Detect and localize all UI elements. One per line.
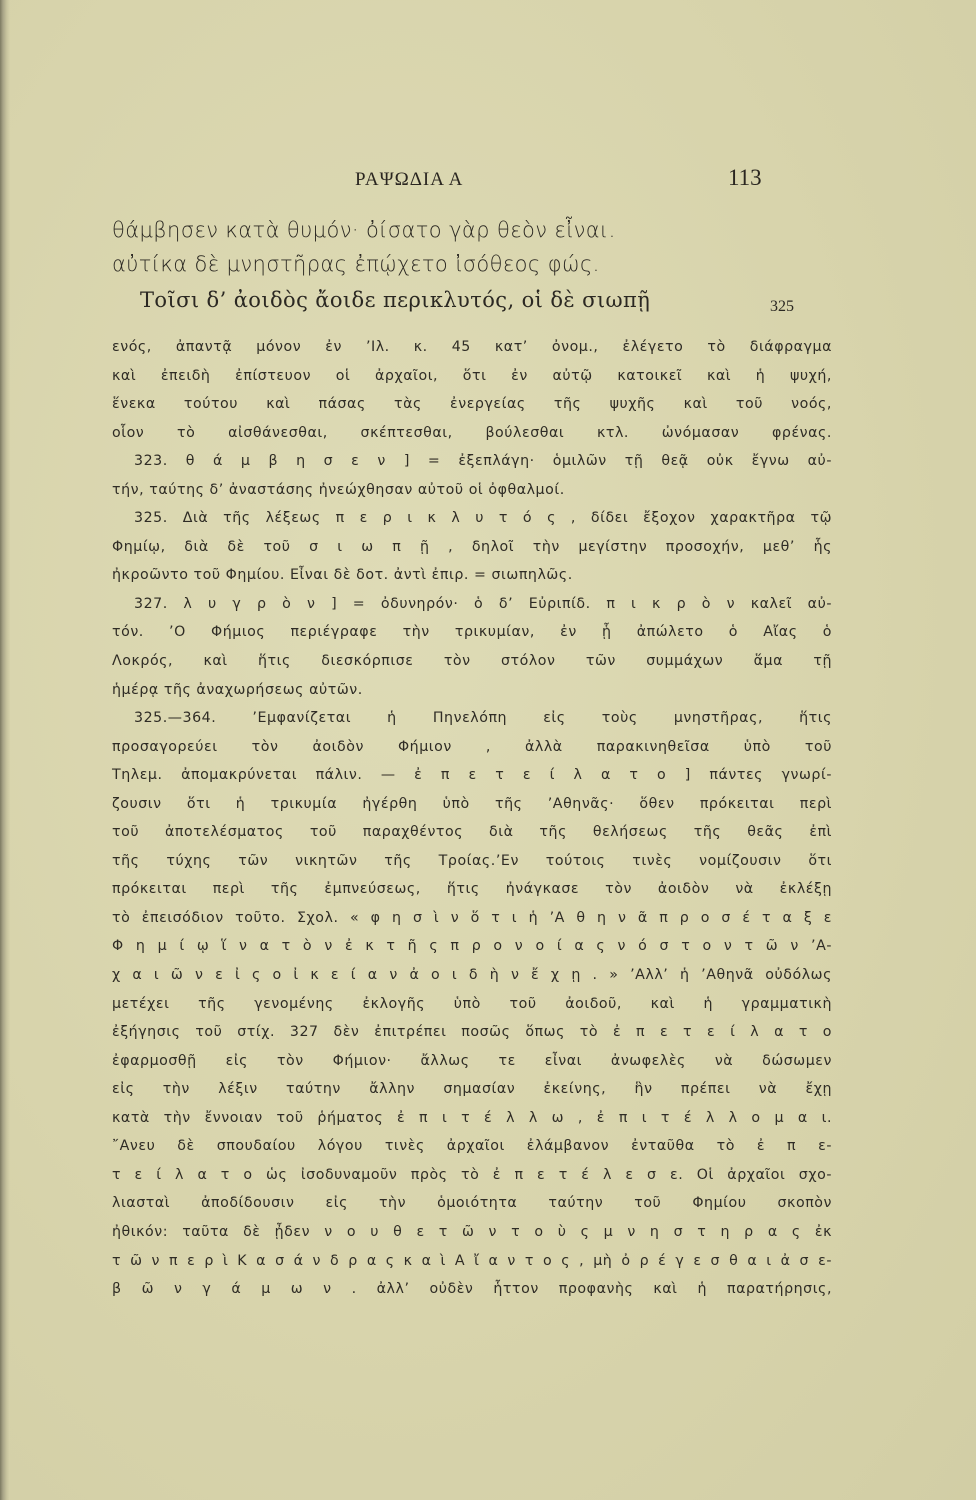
- commentary-line: εἰς τὴν λέξιν ταύτην ἄλλην σημασίαν ἐκεί…: [112, 1075, 832, 1104]
- page-number: 113: [728, 165, 762, 191]
- commentary-line: 325. Διὰ τῆς λέξεως π ε ρ ι κ λ υ τ ό ς …: [112, 504, 832, 533]
- verse-line: θάμβησεν κατὰ θυμόν· ὀίσατο γὰρ θεὸν εἶν…: [112, 218, 872, 242]
- commentary-line: καὶ ἐπειδὴ ἐπίστευον οἱ ἀρχαῖοι, ὅτι ἐν …: [112, 362, 832, 391]
- commentary-line: τοῦ ἀποτελέσματος τοῦ παραχθέντος διὰ τῆ…: [112, 818, 832, 847]
- running-head: ΡΑΨΩΔΙΑ Α 113: [0, 165, 976, 195]
- commentary-line: ἠκροῶντο τοῦ Φημίου. Εἶναι δὲ δοτ. ἀντὶ …: [112, 561, 832, 590]
- verse-line: αὐτίκα δὲ μνηστῆρας ἐπῴχετο ἰσόθεος φώς.: [112, 252, 872, 276]
- book-page: ΡΑΨΩΔΙΑ Α 113 θάμβησεν κατὰ θυμόν· ὀίσατ…: [0, 0, 976, 1500]
- commentary-line: πρόκειται περὶ τῆς ἐμπνεύσεως, ἥτις ἠνάγ…: [112, 875, 832, 904]
- commentary-line: ἠθικόν: ταῦτα δὲ ᾖδεν ν ο υ θ ε τ ῶ ν τ …: [112, 1218, 832, 1247]
- commentary-line: προσαγορεύει τὸν ἀοιδὸν Φήμιον , ἀλλὰ πα…: [112, 733, 832, 762]
- commentary-line: Τηλεμ. ἀπομακρύνεται πάλιν. — ἐ π ε τ ε …: [112, 761, 832, 790]
- commentary-line: 325.—364. ’Εμφανίζεται ἡ Πηνελόπη εἰς το…: [112, 704, 832, 733]
- commentary-line: ἐξήγησις τοῦ στίχ. 327 δὲν ἐπιτρέπει ποσ…: [112, 1018, 832, 1047]
- commentary-line: Φημίῳ, διὰ δὲ τοῦ σ ι ω π ῇ , δηλοῖ τὴν …: [112, 533, 832, 562]
- commentary-line: χ α ι ῶ ν ε ἰ ς ο ἰ κ ε ί α ν ἀ ο ι δ ὴ …: [112, 961, 832, 990]
- commentary-line: ζουσιν ὅτι ἡ τρικυμία ἠγέρθη ὑπὸ τῆς ’Αθ…: [112, 790, 832, 819]
- commentary-line: κατὰ τὴν ἔννοιαν τοῦ ῥήματος ἐ π ι τ έ λ…: [112, 1104, 832, 1133]
- commentary-line: Φ η μ ί ῳ ἵ ν α τ ὸ ν ἐ κ τ ῆ ς π ρ ο ν …: [112, 932, 832, 961]
- commentary-line: ἕνεκα τούτου καὶ πάσας τὰς ἐνεργείας τῆς…: [112, 390, 832, 419]
- page-gutter-edge: [0, 0, 10, 1500]
- commentary-line: ἐφαρμοσθῇ εἰς τὸν Φήμιον· ἄλλως τε εἶναι…: [112, 1047, 832, 1076]
- commentary-notes: ενός, ἀπαντᾷ μόνον ἐν ’Ιλ. κ. 45 κατ’ ὀν…: [112, 333, 832, 1304]
- commentary-line: ῎Ανευ δὲ σπουδαίου λόγου τινὲς ἀρχαῖοι ἐ…: [112, 1132, 832, 1161]
- commentary-line: 323. θ ά μ β η σ ε ν ] = ἐξεπλάγη· ὁμιλῶ…: [112, 447, 832, 476]
- commentary-line: τόν. ’Ο Φήμιος περιέγραφε τὴν τρικυμίαν,…: [112, 618, 832, 647]
- commentary-line: τήν, ταύτης δ’ ἀναστάσης ἠνεώχθησαν αὐτο…: [112, 476, 832, 505]
- running-title: ΡΑΨΩΔΙΑ Α: [355, 169, 463, 191]
- verse-line-number: 325: [770, 298, 794, 316]
- commentary-line: τῆς τύχης τῶν νικητῶν τῆς Τροίας.’Εν τού…: [112, 847, 832, 876]
- commentary-line: μετέχει τῆς γενομένης ἐκλογῆς ὑπὸ τοῦ ἀο…: [112, 990, 832, 1019]
- commentary-line: 327. λ υ γ ρ ὸ ν ] = ὀδυνηρόν· ὁ δ’ Εὐρι…: [112, 590, 832, 619]
- commentary-line: Λοκρός, καὶ ἥτις διεσκόρπισε τὸν στόλον …: [112, 647, 832, 676]
- commentary-line: τ ε ί λ α τ ο ὡς ἰσοδυναμοῦν πρὸς τὸ ἐ π…: [112, 1161, 832, 1190]
- commentary-line: β ῶ ν γ ά μ ω ν . ἀλλ’ οὐδὲν ἧττον προφα…: [112, 1275, 832, 1304]
- commentary-line: ενός, ἀπαντᾷ μόνον ἐν ’Ιλ. κ. 45 κατ’ ὀν…: [112, 333, 832, 362]
- commentary-line: τὸ ἐπεισόδιον τοῦτο. Σχολ. « φ η σ ὶ ν ὅ…: [112, 904, 832, 933]
- commentary-line: τ ῶ ν π ε ρ ὶ Κ α σ ά ν δ ρ α ς κ α ὶ Α …: [112, 1247, 832, 1276]
- commentary-line: οἷον τὸ αἰσθάνεσθαι, σκέπτεσθαι, βούλεσθ…: [112, 419, 832, 448]
- commentary-line: λιασταὶ ἀποδίδουσιν εἰς τὴν ὁμοιότητα τα…: [112, 1189, 832, 1218]
- commentary-line: ἡμέρᾳ τῆς ἀναχωρήσεως αὐτῶν.: [112, 676, 832, 705]
